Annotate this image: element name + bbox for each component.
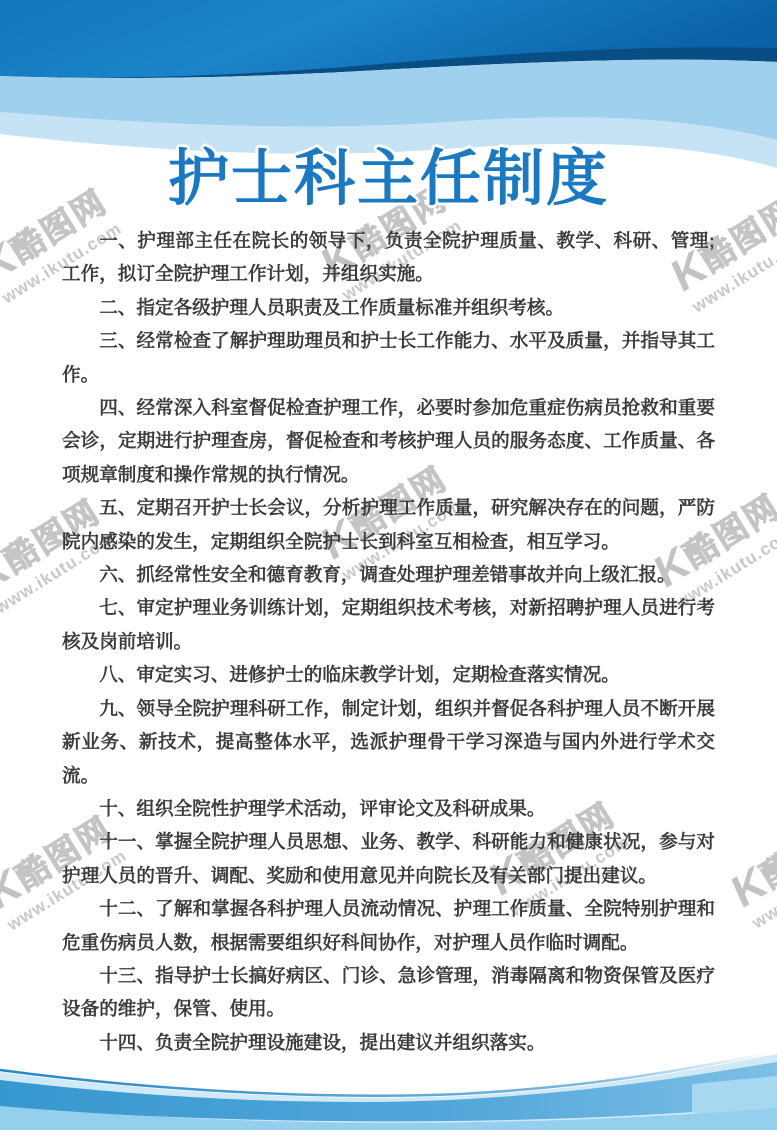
rule-paragraph: 十二、了解和掌握各科护理人员流动情况、护理工作质量、全院特别护理和危重伤病员人数… <box>62 892 715 959</box>
watermark-site-name: 酷图网 <box>755 809 777 893</box>
footer-decoration <box>0 1050 777 1130</box>
rules-list: 一、护理部主任在院长的领导下，负责全院护理质量、教学、科研、管理;工作，拟订全院… <box>62 224 715 1059</box>
rule-paragraph: 十、组织全院性护理学术活动，评审论文及科研成果。 <box>62 792 715 825</box>
rule-paragraph: 八、审定实习、进修护士的临床教学计划，定期检查落实情况。 <box>62 658 715 691</box>
kutu-logo-icon: K <box>0 234 21 291</box>
rule-paragraph: 三、经常检查了解护理助理员和护士长工作能力、水平及质量，并指导其工作。 <box>62 324 715 391</box>
rule-paragraph: 十一、掌握全院护理人员思想、业务、教学、科研能力和健康状况，参与对护理人员的晋升… <box>62 825 715 892</box>
poster-page: K酷图网 www.ikutu.com K酷图网 www.ikutu.com K酷… <box>0 0 777 1130</box>
kutu-logo-icon: K <box>0 861 26 918</box>
kutu-logo-icon: K <box>726 859 771 916</box>
rule-paragraph: 九、领导全院护理科研工作，制定计划，组织并督促各科护理人员不断开展新业务、新技术… <box>62 692 715 792</box>
rule-paragraph: 二、指定各级护理人员职责及工作质量标准并组织考核。 <box>62 291 715 324</box>
rule-paragraph: 五、定期召开护士长会议，分析护理工作质量，研究解决存在的问题，严防院内感染的发生… <box>62 491 715 558</box>
rule-paragraph: 四、经常深入科室督促检查护理工作，必要时参加危重症伤病员抢救和重要会诊，定期进行… <box>62 391 715 491</box>
kutu-logo-icon: K <box>0 544 14 601</box>
rule-paragraph: 十三、指导护士长搞好病区、门诊、急诊管理，消毒隔离和物资保管及医疗设备的维护，保… <box>62 959 715 1026</box>
poster-title: 护士科主任制度 <box>0 130 777 217</box>
watermark-site-url: www.ikutu.com <box>718 824 777 952</box>
rule-paragraph: 六、抓经常性安全和德育教育，调查处理护理差错事故并向上级汇报。 <box>62 558 715 591</box>
rule-paragraph: 七、审定护理业务训练计划，定期组织技术考核，对新招聘护理人员进行考核及岗前培训。 <box>62 591 715 658</box>
